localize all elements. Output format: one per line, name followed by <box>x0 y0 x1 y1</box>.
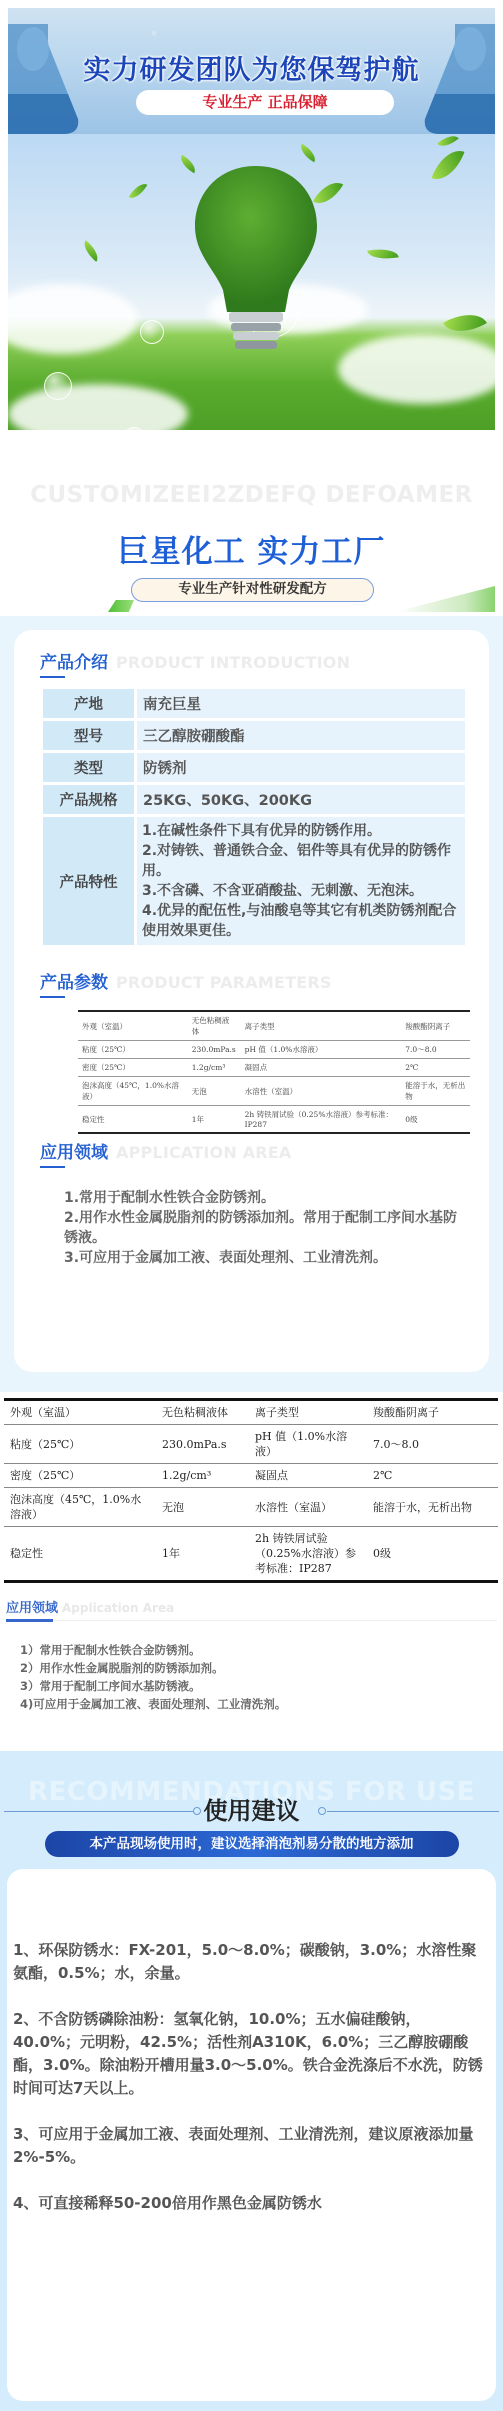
list-item: 1、环保防锈水：FX-201，5.0～8.0%；碳酸钠，3.0%；水溶性聚氨酯，… <box>13 1939 486 1985</box>
list-item: 1.常用于配制水性铁合金防锈剂。 <box>64 1188 469 1208</box>
usage-recommendations-section: RECOMMENDATIONS FOR USE 使用建议 本产品现场使用时，建议… <box>0 1751 503 2411</box>
list-item: 3.可应用于金属加工液、表面处理剂、工业清洗剂。 <box>64 1248 469 1268</box>
brand-heading: 巨星化工 实力工厂 <box>0 526 503 571</box>
product-info-card: 产品介绍PRODUCT INTRODUCTION 产地南充巨星 型号三乙醇胺硼酸… <box>14 630 489 1372</box>
grass-lightbulb-icon <box>193 162 319 358</box>
rec-title: 使用建议 <box>0 1791 503 1826</box>
banner-title: 实力研发团队为您保驾护航 <box>8 48 495 87</box>
application-list-2: 1）常用于配制水性铁合金防锈剂。 2）用作水性金属脱脂剂的防锈添加剂。 3）常用… <box>20 1641 497 1713</box>
list-item: 4、可直接稀释50-200倍用作黑色金属防锈水 <box>13 2192 486 2215</box>
brand-watermark: CUSTOMIZEEI2ZDEFQ DEFOAMER <box>0 482 503 508</box>
params-table-small: 外观（室温）无色粘稠液体离子类型羧酸酯阴离子 粘度（25℃）230.0mPa.s… <box>78 1010 470 1134</box>
section-heading-params: 产品参数PRODUCT PARAMETERS <box>40 968 489 1000</box>
product-features: 1.在碱性条件下具有优异的防锈作用。 2.对铸铁、普通铁合金、铝件等具有优异的防… <box>137 817 465 945</box>
product-info-section: 产品介绍PRODUCT INTRODUCTION 产地南充巨星 型号三乙醇胺硼酸… <box>0 616 503 1392</box>
params-table-section: 外观（室温）无色粘稠液体离子类型羧酸酯阴离子 粘度（25℃）230.0mPa.s… <box>0 1392 503 1583</box>
list-item: 3、可应用于金属加工液、表面处理剂、工业清洗剂，建议原液添加量2%-5%。 <box>13 2123 486 2169</box>
hero-image <box>8 134 495 430</box>
list-item: 2.用作水性金属脱脂剂的防锈添加剂。常用于配制工序间水基防锈液。 <box>64 1208 469 1248</box>
params-table-large: 外观（室温）无色粘稠液体离子类型羧酸酯阴离子 粘度（25℃）230.0mPa.s… <box>4 1398 498 1583</box>
section-heading-application-2: 应用领域Application Area <box>6 1597 497 1621</box>
product-detail-page: 实力研发团队为您保驾护航 专业生产 正品保障 <box>0 0 503 2411</box>
application-list: 1.常用于配制水性铁合金防锈剂。 2.用作水性金属脱脂剂的防锈添加剂。常用于配制… <box>64 1188 469 1268</box>
rec-title-row: 使用建议 <box>0 1787 503 1827</box>
application-area-section: 应用领域Application Area 1）常用于配制水性铁合金防锈剂。 2）… <box>0 1583 503 1751</box>
list-item: 2、不含防锈磷除油粉：氢氧化钠，10.0%；五水偏硅酸钠，40.0%；元明粉，4… <box>13 2008 486 2100</box>
brand-section: CUSTOMIZEEI2ZDEFQ DEFOAMER 巨星化工 实力工厂 专业生… <box>0 430 503 616</box>
list-item: 4)可应用于金属加工液、表面处理剂、工业清洗剂。 <box>20 1695 497 1713</box>
section-heading-application: 应用领域APPLICATION AREA <box>40 1138 489 1170</box>
list-item: 1）常用于配制水性铁合金防锈剂。 <box>20 1641 497 1659</box>
list-item: 2）用作水性金属脱脂剂的防锈添加剂。 <box>20 1659 497 1677</box>
rd-team-banner: 实力研发团队为您保驾护航 专业生产 正品保障 <box>8 8 495 134</box>
rec-content-card: 1、环保防锈水：FX-201，5.0～8.0%；碳酸钠，3.0%；水溶性聚氨酯，… <box>7 1869 496 2401</box>
brand-subheading: 专业生产针对性研发配方 <box>131 578 374 602</box>
section-heading-intro: 产品介绍PRODUCT INTRODUCTION <box>40 648 489 680</box>
banner-tagline: 专业生产 正品保障 <box>136 90 394 115</box>
list-item: 3）常用于配制工序间水基防锈液。 <box>20 1677 497 1695</box>
rec-banner: 本产品现场使用时，建议选择消泡剂易分散的地方添加 <box>45 1831 459 1857</box>
product-intro-table: 产地南充巨星 型号三乙醇胺硼酸酯 类型防锈剂 产品规格25KG、50KG、200… <box>40 686 468 948</box>
